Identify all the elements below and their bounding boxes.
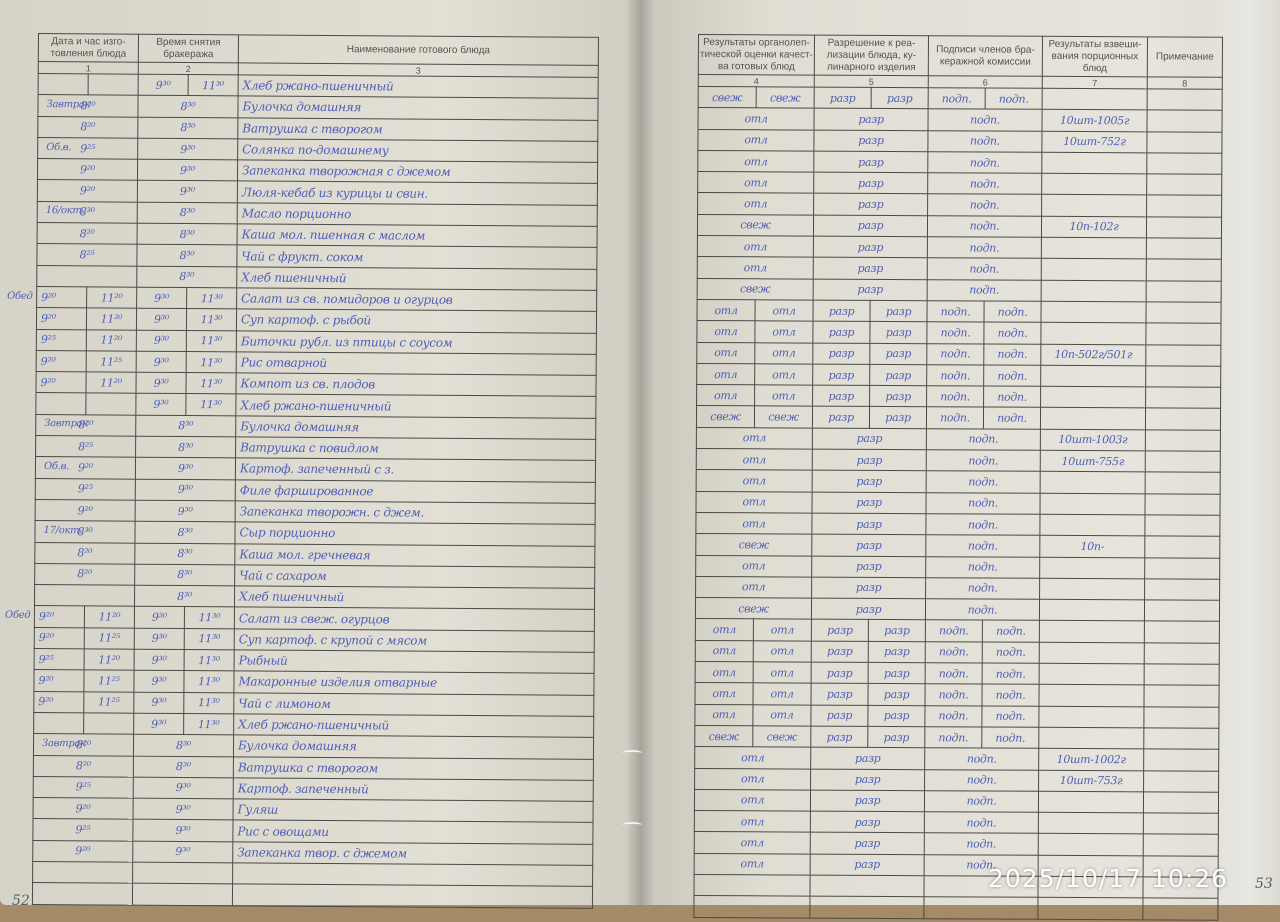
sale-permission: разр — [813, 321, 870, 343]
dish-name-text: Салат из св. помидоров и огурцов — [241, 292, 452, 307]
quality-grade: отл — [697, 257, 813, 279]
note — [1147, 110, 1222, 132]
made-time: 9²⁵ — [34, 649, 84, 671]
dish-name-text: Хлеб пшеничный — [239, 590, 344, 605]
commission-signature: подп. — [924, 812, 1038, 834]
header-check-time: Время снятия бракеража — [138, 34, 238, 63]
quality-grade-2: отл — [755, 364, 813, 386]
check-time-text: 9³⁰ — [152, 611, 167, 624]
check-time-text: 9³⁰ — [151, 717, 166, 730]
ledger-row: отлотлразрразрподп.подп. — [695, 704, 1219, 728]
check-time — [133, 862, 233, 884]
note — [1146, 387, 1221, 409]
ledger-row: Об.в.9²⁵9³⁰Солянка по-домашнему — [38, 137, 598, 162]
made-time — [38, 74, 88, 96]
ledger-row: свежсвежразрразрподп.подп. — [696, 406, 1220, 430]
check-time-2: 11³⁰ — [188, 75, 238, 97]
commission-signature-2: подп. — [984, 301, 1041, 323]
ledger-row: Завтрак8²⁰8³⁰Булочка домашняя — [38, 95, 598, 120]
quality-grade: отл — [694, 853, 810, 875]
check-time-text: 8³⁰ — [177, 568, 192, 581]
quality-grade-2: отл — [753, 683, 811, 705]
check-time-2: 11³⁰ — [186, 394, 236, 416]
made-time-2: 11²⁰ — [86, 372, 136, 394]
quality-grade-2: отл — [755, 385, 813, 407]
sale-permission: разр — [814, 87, 871, 109]
check-time — [132, 883, 232, 905]
made-time: Завтрак8²⁰ — [38, 95, 138, 117]
quality-grade: отл — [694, 789, 810, 811]
commission-signature: подп. — [926, 428, 1040, 450]
ledger-row: отлразрподп. — [697, 257, 1221, 281]
dish-name: Салат из св. помидоров и огурцов — [237, 288, 597, 312]
portion-weight — [1039, 642, 1144, 664]
meal-label: Завтрак — [42, 738, 86, 749]
check-time-text: 9³⁰ — [180, 143, 195, 156]
sale-permission: разр — [813, 300, 870, 322]
sale-permission: разр — [814, 194, 928, 216]
quality-grade-2: отл — [755, 342, 813, 364]
sale-permission-2: разр — [870, 343, 927, 365]
ledger-row: отлразрподп. — [696, 491, 1220, 515]
made-time: 9²⁰ — [37, 180, 137, 202]
note — [1144, 749, 1219, 771]
dish-name-text: Хлеб ржано-пшеничный — [240, 398, 391, 413]
portion-weight — [1040, 472, 1145, 494]
dish-name-text: Картоф. запеченный — [238, 781, 369, 796]
portion-weight: 10шт-752г — [1042, 131, 1147, 153]
check-time: 9³⁰ — [136, 330, 186, 352]
commission-signature: подп. — [926, 535, 1040, 557]
dish-name-text: Рис с овощами — [237, 824, 328, 839]
made-time-2: 11²⁵ — [84, 670, 134, 692]
made-time: 9²⁰ — [36, 308, 86, 330]
note — [1146, 259, 1221, 281]
dish-name: Рыбный — [234, 650, 594, 674]
quality-grade: отл — [698, 108, 814, 130]
made-time-text: 9²⁵ — [39, 653, 54, 666]
dish-name: Рис с овощами — [233, 820, 593, 844]
dish-name-text: Чай с фрукт. соком — [241, 249, 363, 264]
check-time-text: 9³⁰ — [152, 632, 167, 645]
made-time: 8²⁵ — [36, 436, 136, 458]
made-time-2-text: 11²⁰ — [100, 334, 122, 347]
header-dish-name: Наименование готового блюда — [238, 35, 598, 66]
meal-label: Об.в. — [46, 142, 71, 153]
quality-grade: свеж — [696, 534, 812, 556]
commission-signature-2: подп. — [984, 322, 1041, 344]
sale-permission: разр — [812, 407, 869, 429]
check-time: 9³⁰ — [136, 394, 186, 416]
sale-permission: разр — [812, 513, 926, 535]
check-time-text: 9³⁰ — [176, 803, 191, 816]
portion-weight — [1041, 365, 1146, 387]
dish-name — [233, 863, 593, 887]
ledger-row: Завтрак8²⁰8³⁰Булочка домашняя — [36, 414, 596, 439]
made-time-text: 9²⁵ — [80, 142, 95, 155]
check-time: 8³⁰ — [138, 95, 238, 117]
quality-grade: свеж — [697, 278, 813, 300]
dish-name: Булочка домашняя — [238, 96, 598, 120]
ledger-row: отлотлразрразрподп.подп. — [697, 321, 1221, 345]
commission-signature: подп. — [927, 322, 984, 344]
sale-permission-2: разр — [868, 641, 925, 663]
quality-grade: отл — [695, 683, 753, 705]
dish-name: Гуляш — [233, 799, 593, 823]
commission-signature: подп. — [928, 194, 1042, 216]
check-time-text: 8³⁰ — [180, 228, 195, 241]
column-number: 4 — [698, 75, 814, 88]
ledger-row: отлразрподп. — [698, 193, 1222, 217]
made-time-2 — [86, 393, 136, 415]
dish-name-text: Солянка по-домашнему — [242, 142, 388, 157]
ledger-row: свежразрподп. — [697, 278, 1221, 302]
commission-signature: подп. — [926, 492, 1040, 514]
note — [1146, 238, 1221, 260]
dish-name: Макаронные изделия отварные — [234, 671, 594, 695]
commission-signature: подп. — [925, 705, 982, 727]
ledger-row: отлразрподп.10шт-1002г — [695, 747, 1219, 771]
made-time-2-text: 11²⁵ — [100, 355, 122, 368]
dish-name-text: Ватрушка с творогом — [238, 760, 378, 775]
commission-signature: подп. — [927, 365, 984, 387]
dish-name-text: Булочка домашняя — [240, 419, 359, 434]
sale-permission-2: разр — [871, 87, 928, 109]
column-number: 7 — [1042, 76, 1147, 89]
dish-name: Булочка домашняя — [233, 735, 593, 759]
sale-permission: разр — [813, 343, 870, 365]
made-time: 8²⁵ — [37, 244, 137, 266]
note — [1147, 174, 1222, 196]
commission-signature — [924, 897, 1038, 919]
made-time-text: 9²⁰ — [75, 845, 90, 858]
made-time: 16/окт.8³⁰ — [37, 201, 137, 223]
portion-weight: 10п-102г — [1041, 216, 1146, 238]
commission-signature: подп. — [925, 748, 1039, 770]
check-time-text: 9³⁰ — [154, 313, 169, 326]
sale-permission: разр — [812, 534, 926, 556]
check-time-2-text: 11³⁰ — [201, 292, 223, 305]
check-time-text: 9³⁰ — [154, 334, 169, 347]
made-time-2-text: 11²⁰ — [101, 291, 123, 304]
quality-grade: отл — [695, 619, 753, 641]
made-time-text: 9²⁰ — [41, 291, 56, 304]
sale-permission: разр — [811, 705, 868, 727]
check-time-text: 8³⁰ — [178, 419, 193, 432]
quality-grade: отл — [697, 321, 755, 343]
made-time-text: 8²⁵ — [79, 248, 94, 261]
made-time-2: 11²⁰ — [84, 649, 134, 671]
photo-timestamp: 2025/10/17 10:26 — [988, 864, 1228, 893]
made-time-text: 8²⁰ — [77, 546, 92, 559]
check-time-2: 11³⁰ — [184, 628, 234, 650]
portion-weight — [1041, 386, 1146, 408]
dish-name-text: Булочка домашняя — [238, 739, 357, 754]
made-time: 9²⁰ — [36, 372, 86, 394]
ledger-row: свежразрподп.10п-102г — [697, 214, 1221, 238]
quality-grade: отл — [697, 236, 813, 258]
check-time: 8³⁰ — [135, 564, 235, 586]
note — [1146, 281, 1221, 303]
check-time-text: 8³⁰ — [179, 249, 194, 262]
check-time: 9³⁰ — [134, 628, 184, 650]
header-organoleptic-result: Результаты органолеп-тической оценки кач… — [698, 35, 814, 76]
ledger-row: отлотлразрразрподп.подп. — [697, 385, 1221, 409]
commission-signature: подп. — [926, 556, 1040, 578]
made-time-2 — [84, 713, 134, 735]
dish-name-text: Макаронные изделия отварные — [238, 675, 436, 690]
note — [1144, 728, 1219, 750]
sale-permission-2: разр — [868, 620, 925, 642]
commission-signature: подп. — [928, 88, 985, 110]
quality-grade: свеж — [696, 406, 754, 428]
portion-weight: 10шт-1005г — [1042, 110, 1147, 132]
portion-weight — [1038, 812, 1143, 834]
check-time-text: 8³⁰ — [177, 547, 192, 560]
made-time-2: 11²⁰ — [84, 606, 134, 628]
portion-weight — [1042, 195, 1147, 217]
sale-permission: разр — [814, 130, 928, 152]
dish-name: Картоф. запеченный с з. — [235, 458, 595, 482]
check-time: 9³⁰ — [134, 692, 184, 714]
column-number: 6 — [928, 76, 1042, 89]
check-time-2-text: 11³⁰ — [200, 398, 222, 411]
note — [1144, 621, 1219, 643]
quality-grade: свеж — [695, 598, 811, 620]
check-time-text: 8³⁰ — [178, 441, 193, 454]
commission-signature-2: подп. — [982, 706, 1039, 728]
quality-grade: отл — [694, 811, 810, 833]
made-time-text: 8²⁰ — [80, 227, 95, 240]
note — [1145, 451, 1220, 473]
note — [1143, 898, 1218, 920]
commission-signature: подп. — [925, 684, 982, 706]
commission-signature: подп. — [925, 663, 982, 685]
column-number: 8 — [1147, 77, 1222, 89]
dish-name: Суп картоф. с крупой с мясом — [234, 629, 594, 653]
check-time: 9³⁰ — [137, 181, 237, 203]
quality-grade: отл — [696, 427, 812, 449]
made-time-text: 9²⁵ — [75, 823, 90, 836]
portion-weight — [1040, 493, 1145, 515]
check-time-2-text: 11³⁰ — [198, 696, 220, 709]
ledger-row: 16/окт.8³⁰8³⁰Масло порционно — [37, 201, 597, 226]
ledger-row: отлразрподп.10шт-752г — [698, 129, 1222, 153]
check-time-2-text: 11³⁰ — [198, 632, 220, 645]
check-time-text: 9³⁰ — [154, 377, 169, 390]
commission-signature: подп. — [926, 578, 1040, 600]
check-time-2-text: 11³⁰ — [200, 377, 222, 390]
dish-name: Ватрушка с творогом — [238, 117, 598, 141]
note — [1147, 153, 1222, 175]
note — [1145, 493, 1220, 515]
quality-grade: свеж — [695, 725, 753, 747]
note — [1143, 834, 1218, 856]
dish-name: Запеканка твор. с джемом — [233, 842, 593, 866]
check-time: 9³⁰ — [137, 159, 237, 181]
check-time: 8³⁰ — [135, 543, 235, 565]
sale-permission: разр — [811, 769, 925, 791]
dish-name-text: Ватрушка с повидлом — [240, 441, 379, 456]
made-time — [36, 393, 86, 415]
portion-weight: 10шт-1002г — [1039, 748, 1144, 770]
ledger-row: свежразрподп.10п- — [696, 534, 1220, 558]
quality-grade: свеж — [698, 87, 756, 109]
dish-name-text: Гуляш — [238, 803, 278, 817]
sale-permission: разр — [812, 449, 926, 471]
ledger-row: отлотлразрразрподп.подп. — [695, 683, 1219, 707]
binding-thread — [622, 750, 642, 756]
portion-weight — [1039, 706, 1144, 728]
ledger-row: отлразрподп.10шт-1003г — [696, 427, 1220, 451]
dish-name: Хлеб ржано-пшеничный — [238, 75, 598, 99]
sale-permission: разр — [813, 236, 927, 258]
dish-name: Чай с фрукт. соком — [237, 245, 597, 269]
commission-signature: подп. — [927, 215, 1041, 237]
binding-thread — [622, 822, 642, 828]
ledger-row — [694, 896, 1218, 920]
check-time-text: 9³⁰ — [154, 355, 169, 368]
check-time-text: 9³⁰ — [180, 185, 195, 198]
made-time: 8²⁰ — [35, 563, 135, 585]
ledger-row: отлотлразрразрподп.подп. — [695, 619, 1219, 643]
made-time: 8²⁰ — [35, 542, 135, 564]
ledger-row: свежсвежразрразрподп.подп. — [695, 725, 1219, 749]
made-time: 9²⁰ — [36, 350, 86, 372]
commission-signature: подп. — [927, 258, 1041, 280]
note — [1144, 685, 1219, 707]
sale-permission-2: разр — [870, 300, 927, 322]
check-time-2-text: 11³⁰ — [202, 79, 224, 92]
made-time-text: 9²⁵ — [41, 333, 56, 346]
commission-signature: подп. — [928, 152, 1042, 174]
made-time-text: 9²⁰ — [39, 631, 54, 644]
commission-signature: подп. — [925, 727, 982, 749]
dish-name-text: Биточки рубл. из птицы с соусом — [241, 334, 453, 349]
made-time: 9²⁰ — [33, 798, 133, 820]
portion-weight: 10шт-1003г — [1040, 429, 1145, 451]
portion-weight — [1040, 514, 1145, 536]
sale-permission-2: разр — [868, 726, 925, 748]
sale-permission: разр — [811, 641, 868, 663]
made-time-text: 9²⁰ — [38, 695, 53, 708]
sale-permission: разр — [810, 790, 924, 812]
quality-grade: отл — [697, 299, 755, 321]
note — [1145, 472, 1220, 494]
sale-permission: разр — [813, 385, 870, 407]
left-page-number: 52 — [12, 893, 30, 909]
quality-grade: отл — [698, 172, 814, 194]
sale-permission: разр — [812, 577, 926, 599]
made-time-text: 8²⁵ — [78, 440, 93, 453]
commission-signature-2: подп. — [982, 642, 1039, 664]
ledger-row: отлразрподп. — [694, 811, 1218, 835]
ledger-row: отлразрподп.10шт-1005г — [698, 108, 1222, 132]
commission-signature: подп. — [927, 343, 984, 365]
quality-grade-2: отл — [753, 619, 811, 641]
check-time: 9³⁰ — [136, 372, 186, 394]
dish-name: Картоф. запеченный — [233, 778, 593, 802]
quality-grade: отл — [696, 512, 812, 534]
commission-signature-2: подп. — [982, 684, 1039, 706]
made-time-text: 8²⁰ — [80, 121, 95, 134]
check-time: 9³⁰ — [133, 841, 233, 863]
quality-grade: отл — [697, 342, 755, 364]
sale-permission: разр — [814, 172, 928, 194]
made-time-text: 9²⁰ — [78, 461, 93, 474]
check-time-2-text: 11³⁰ — [201, 313, 223, 326]
note — [1145, 536, 1220, 558]
check-time-text: 9³⁰ — [156, 78, 171, 91]
portion-weight: 10п-502г/501г — [1041, 344, 1146, 366]
quality-grade-2: отл — [755, 321, 813, 343]
ledger-row: отлразрподп. — [698, 172, 1222, 196]
note — [1145, 408, 1220, 430]
check-time: 9³⁰ — [135, 479, 235, 501]
check-time: 8³⁰ — [135, 521, 235, 543]
commission-signature: подп. — [928, 130, 1042, 152]
made-time-text: 9²⁵ — [76, 781, 91, 794]
portion-weight: 10шт-753г — [1039, 770, 1144, 792]
made-time: 8²⁰ — [33, 755, 133, 777]
check-time-2: 11³⁰ — [184, 713, 234, 735]
commission-signature: подп. — [924, 790, 1038, 812]
commission-signature: подп. — [925, 769, 1039, 791]
made-time: 9²⁵ — [35, 478, 135, 500]
made-time: 9²⁰ — [34, 670, 84, 692]
right-page-number: 53 — [1255, 876, 1273, 892]
check-time-text: 9³⁰ — [152, 653, 167, 666]
dish-name-text: Каша мол. гречневая — [239, 547, 370, 562]
made-time-text: 9²⁰ — [41, 376, 56, 389]
note — [1146, 302, 1221, 324]
made-time: 9²⁵ — [36, 329, 86, 351]
check-time-text: 9³⁰ — [178, 462, 193, 475]
check-time-text: 8³⁰ — [178, 526, 193, 539]
meal-label: 17/окт. — [44, 525, 83, 536]
quality-grade: отл — [695, 704, 753, 726]
commission-signature: подп. — [927, 301, 984, 323]
sale-permission: разр — [811, 683, 868, 705]
dish-name-text: Чай с лимоном — [238, 696, 330, 711]
dish-name-text: Сыр порционно — [239, 526, 335, 541]
ledger-row: отлразрподп. — [696, 576, 1220, 600]
made-time-text: 9²⁰ — [39, 610, 54, 623]
check-time-text: 9³⁰ — [154, 291, 169, 304]
note — [1145, 579, 1220, 601]
meal-label: Завтрак — [44, 418, 88, 429]
check-time-2: 11³⁰ — [184, 671, 234, 693]
made-time-text: 9²⁰ — [76, 802, 91, 815]
dish-name: Ватрушка с творогом — [233, 756, 593, 780]
dish-name: Рис отварной — [236, 352, 596, 376]
note — [1144, 770, 1219, 792]
sale-permission — [810, 896, 924, 918]
made-time: Обед9²⁰ — [34, 606, 84, 628]
dish-name: Запеканка творожн. с джем. — [235, 501, 595, 525]
check-time-2-text: 11³⁰ — [200, 334, 222, 347]
made-time-text: 9²⁰ — [80, 163, 95, 176]
sale-permission-2: разр — [870, 322, 927, 344]
ledger-row: свежразрподп. — [695, 598, 1219, 622]
dish-name-text: Масло порционно — [242, 206, 351, 221]
ledger-row: отлразрподп. — [698, 150, 1222, 174]
sale-permission: разр — [810, 832, 924, 854]
check-time-text: 8³⁰ — [180, 206, 195, 219]
dish-name-text: Рыбный — [239, 654, 288, 668]
dish-name-text: Суп картоф. с рыбой — [241, 313, 371, 328]
dish-name-text: Чай с сахаром — [239, 568, 326, 583]
